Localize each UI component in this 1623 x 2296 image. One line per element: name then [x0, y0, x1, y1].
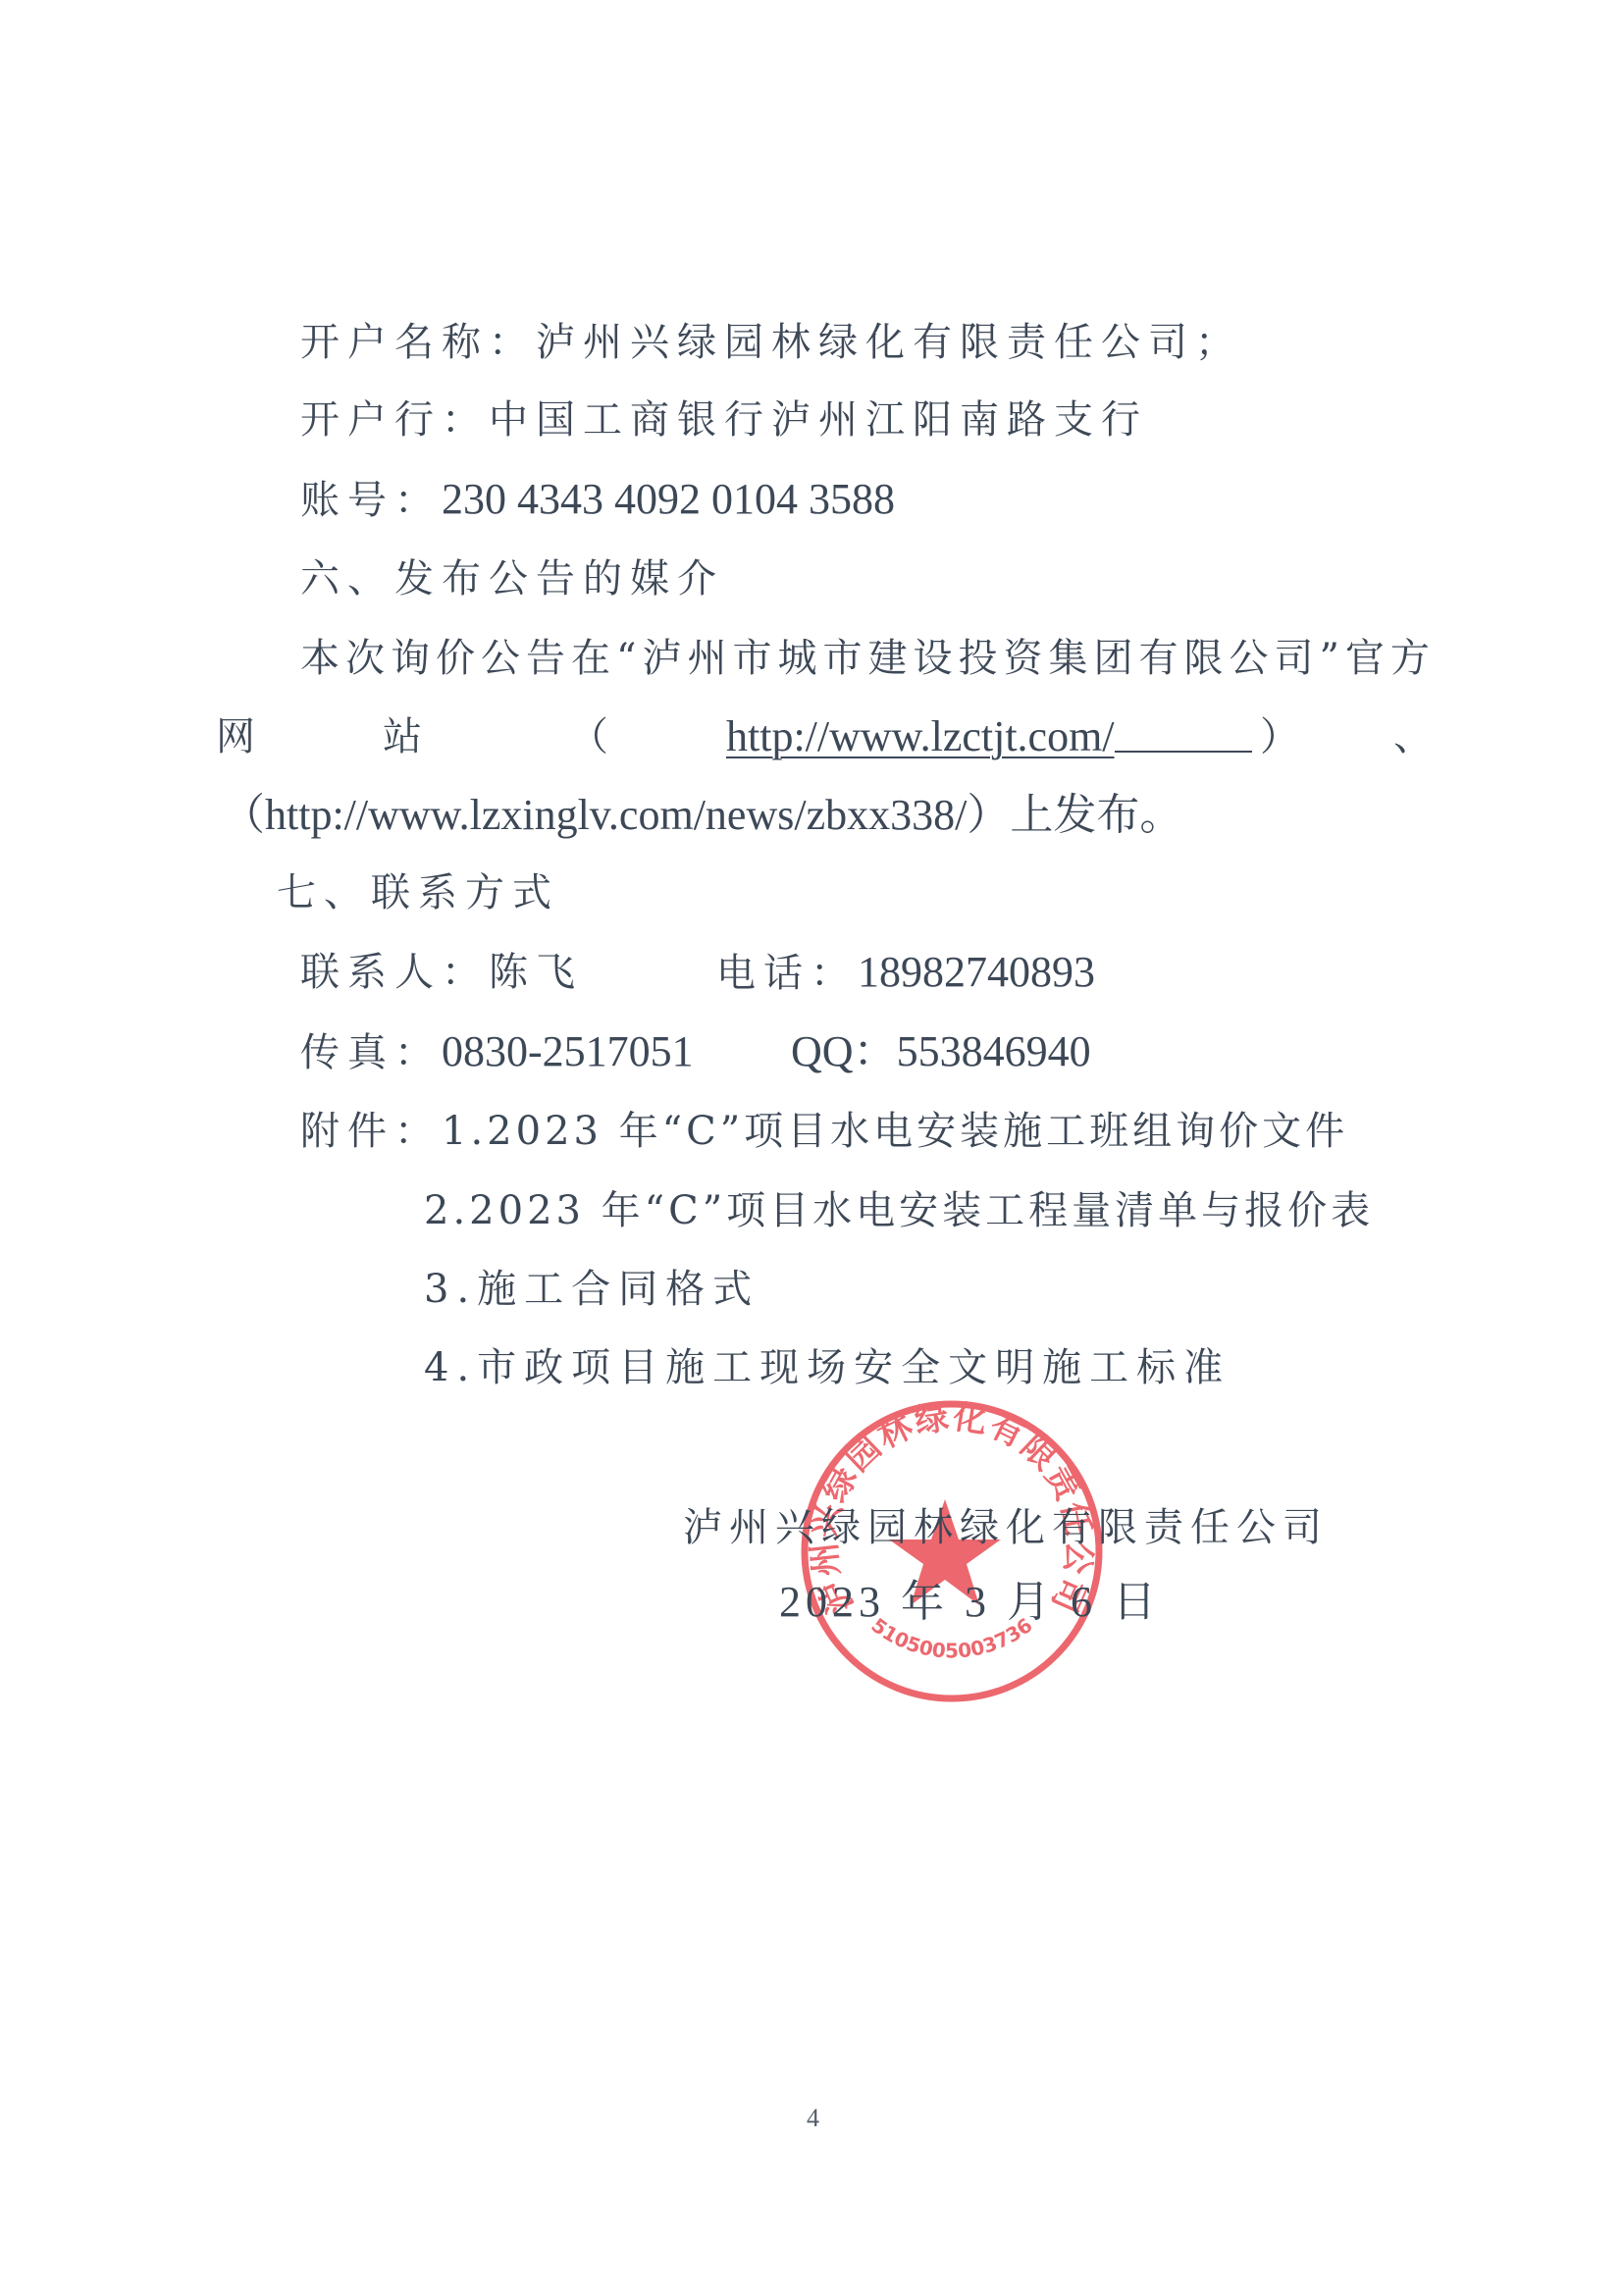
attachments-label: 附件： — [300, 1109, 442, 1154]
section7-heading: 七、联系方式 — [277, 863, 559, 922]
qq-label: QQ： — [791, 1027, 897, 1075]
section6-url2-line: （http://www.lzxinglv.com/news/zbxx338/）上… — [222, 786, 1182, 845]
account-no-line: 账号：230 4343 4092 0104 3588 — [300, 470, 895, 529]
attachment-item: 1.2023 年“C”项目水电安装施工班组询价文件 — [442, 1109, 1348, 1154]
paren-open: （ — [569, 707, 608, 766]
account-name-value: 泸州兴绿园林绿化有限责任公司； — [536, 320, 1242, 365]
qq-value: 553846940 — [897, 1027, 1091, 1075]
account-no-label: 账号： — [300, 478, 442, 523]
phone-label: 电话： — [716, 951, 858, 996]
section6-heading: 六、发布公告的媒介 — [300, 549, 724, 608]
bank-value: 中国工商银行泸州江阳南路支行 — [489, 397, 1148, 443]
bank-label: 开户行： — [300, 397, 489, 443]
date-value: 2023 年 3 月 6 日 — [779, 1578, 1161, 1626]
page-number: 4 — [807, 2104, 819, 2133]
separator: 、 — [1393, 707, 1433, 766]
url1-wrapper: http://www.lzctjt.com/ — [726, 707, 1252, 767]
contact-line: 联系人：陈飞 电话：18982740893 — [300, 943, 583, 1002]
qq-group: QQ：553846940 — [791, 1022, 1091, 1082]
attachment-item: 3.施工合同格式 — [424, 1260, 759, 1319]
section6-website-line: 网 站 （ http://www.lzctjt.com/ ） 、 — [216, 707, 1415, 766]
attachment-item: 2.2023 年“C”项目水电安装工程量清单与报价表 — [424, 1181, 1374, 1240]
phone-value: 18982740893 — [858, 948, 1095, 996]
fax-value: 0830-2517051 — [442, 1027, 694, 1075]
attachment-line-1: 附件：1.2023 年“C”项目水电安装施工班组询价文件 — [300, 1102, 1348, 1161]
url1-underline-pad — [1115, 707, 1252, 753]
contact-label: 联系人： — [300, 950, 489, 995]
url2-text: （http://www.lzxinglv.com/news/zbxx338/）上… — [222, 791, 1182, 839]
site-word-2: 站 — [383, 707, 422, 766]
bank-line: 开户行：中国工商银行泸州江阳南路支行 — [300, 391, 1148, 449]
site-word-1: 网 — [216, 707, 255, 766]
attachment-item: 4.市政项目施工现场安全文明施工标准 — [424, 1338, 1230, 1397]
section6-text-line1: 本次询价公告在“泸州市城市建设投资集团有限公司”官方 — [300, 629, 1436, 688]
signature-date: 2023 年 3 月 6 日 — [779, 1573, 1161, 1632]
fax-line: 传真：0830-2517051 QQ：553846940 — [300, 1022, 694, 1081]
url1-link[interactable]: http://www.lzctjt.com/ — [726, 712, 1115, 760]
signature-company: 泸州兴绿园林绿化有限责任公司 — [683, 1498, 1329, 1557]
account-name-label: 开户名称： — [300, 320, 536, 365]
contact-name: 陈飞 — [489, 950, 583, 995]
account-name-line: 开户名称：泸州兴绿园林绿化有限责任公司； — [300, 313, 1242, 372]
phone-group: 电话：18982740893 — [716, 943, 1095, 1003]
account-no-value: 230 4343 4092 0104 3588 — [442, 475, 895, 523]
fax-label: 传真： — [300, 1030, 442, 1075]
paren-close: ） — [1260, 707, 1299, 766]
